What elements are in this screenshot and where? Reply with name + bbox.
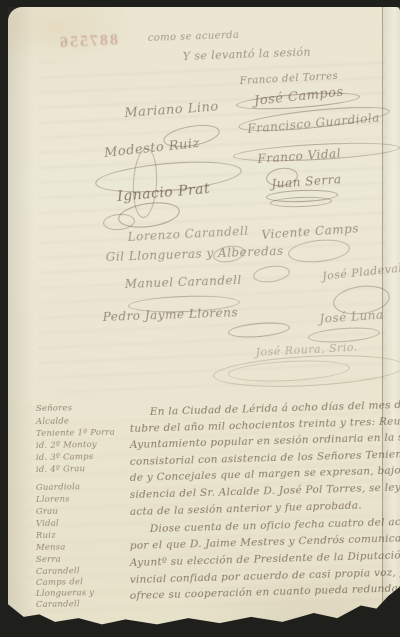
closing-line-acuerda: como se acuerda: [148, 30, 240, 44]
margin-attendee: Serra: [36, 555, 61, 565]
signature: Francisco Guardiola: [247, 110, 381, 136]
margin-attendee: Vidal: [36, 519, 59, 529]
minutes-line: acta de la sesión anterior y fue aprobad…: [130, 500, 362, 518]
signature: José Campos: [253, 85, 344, 109]
signature-flourish: [102, 213, 135, 232]
signature: José Luna: [319, 308, 384, 326]
margin-attendee: Llongueras y: [36, 588, 94, 599]
signature: Modesto Ruiz: [103, 136, 200, 161]
minutes-line: Diose cuenta de un oficio fecha cuatro d…: [150, 515, 400, 535]
signature: Gil Llongueras y Alberedas: [106, 244, 284, 264]
signature-flourish: [252, 264, 291, 285]
margin-attendee: Ruiz: [36, 531, 56, 541]
signature-flourish: [212, 351, 400, 391]
signature: Vicente Camps: [261, 221, 359, 242]
signature: Mariano Lino: [124, 99, 219, 121]
signature-flourish: [287, 237, 351, 265]
margin-attendee: Guardiola: [36, 482, 80, 493]
signature-flourish: [266, 189, 338, 204]
margin-attendee: Llorens: [36, 494, 70, 505]
signature: José Roura, Srio.: [255, 341, 358, 359]
signature: José Pladevall: [322, 261, 400, 283]
margin-attendee: Mensa: [36, 542, 66, 553]
margin-attendee: Grau: [36, 507, 58, 517]
margin-attendee: Camps del: [36, 577, 83, 588]
margin-attendee: Carandell: [36, 566, 80, 577]
minutes-line: por el que D. Jaime Mestres y Cendrós co…: [130, 531, 400, 552]
minutes-line: Ayuntº su elección de Presidente de la D…: [130, 549, 400, 569]
signature-flourish: [131, 147, 159, 218]
minutes-line: Ayuntamiento popular en sesión ordinaria…: [130, 431, 400, 451]
minutes-line: En la Ciudad de Lérida á ocho días del m…: [150, 398, 400, 418]
signature-flourish: [228, 320, 291, 339]
signature: Manuel Carandell: [125, 273, 242, 291]
margin-attendee: id. 4º Grau: [36, 464, 85, 475]
manuscript-page: 887556 como se acuerda Y se levantó la s…: [8, 7, 400, 637]
margin-attendee: Carandell: [36, 599, 80, 610]
margin-attendee: id. 2º Montoy: [36, 440, 97, 451]
scanned-manuscript: { "scan": { "background_color": "#1f1f1c…: [0, 0, 400, 637]
margin-attendee: Teniente 1º Porra: [36, 428, 115, 439]
margin-attendee: Alcalde: [36, 416, 69, 427]
signature: Franco Vidal: [257, 146, 341, 166]
signature-flourish: [270, 196, 332, 208]
signature: Ignacio Prat: [117, 181, 211, 205]
signature-flourish: [228, 358, 351, 384]
signature: Pedro Jayme Llorens: [103, 305, 239, 324]
margin-attendee: Señores: [36, 403, 72, 414]
minutes-line: ofrece su cooperación en cuanto pueda re…: [130, 582, 400, 602]
signature: Lorenzo Carandell: [127, 224, 249, 244]
minutes-line: sidencia del Sr. Alcalde D. José Pol Tor…: [130, 481, 400, 501]
closing-line-levanto-sesion: Y se levantó la sesión: [183, 46, 312, 63]
margin-attendee: id. 3º Camps: [36, 452, 94, 463]
signature: Juan Serra: [271, 172, 342, 191]
signature: Franco del Torres: [239, 71, 338, 87]
inventory-stamp-mirrored: 887556: [58, 31, 119, 52]
